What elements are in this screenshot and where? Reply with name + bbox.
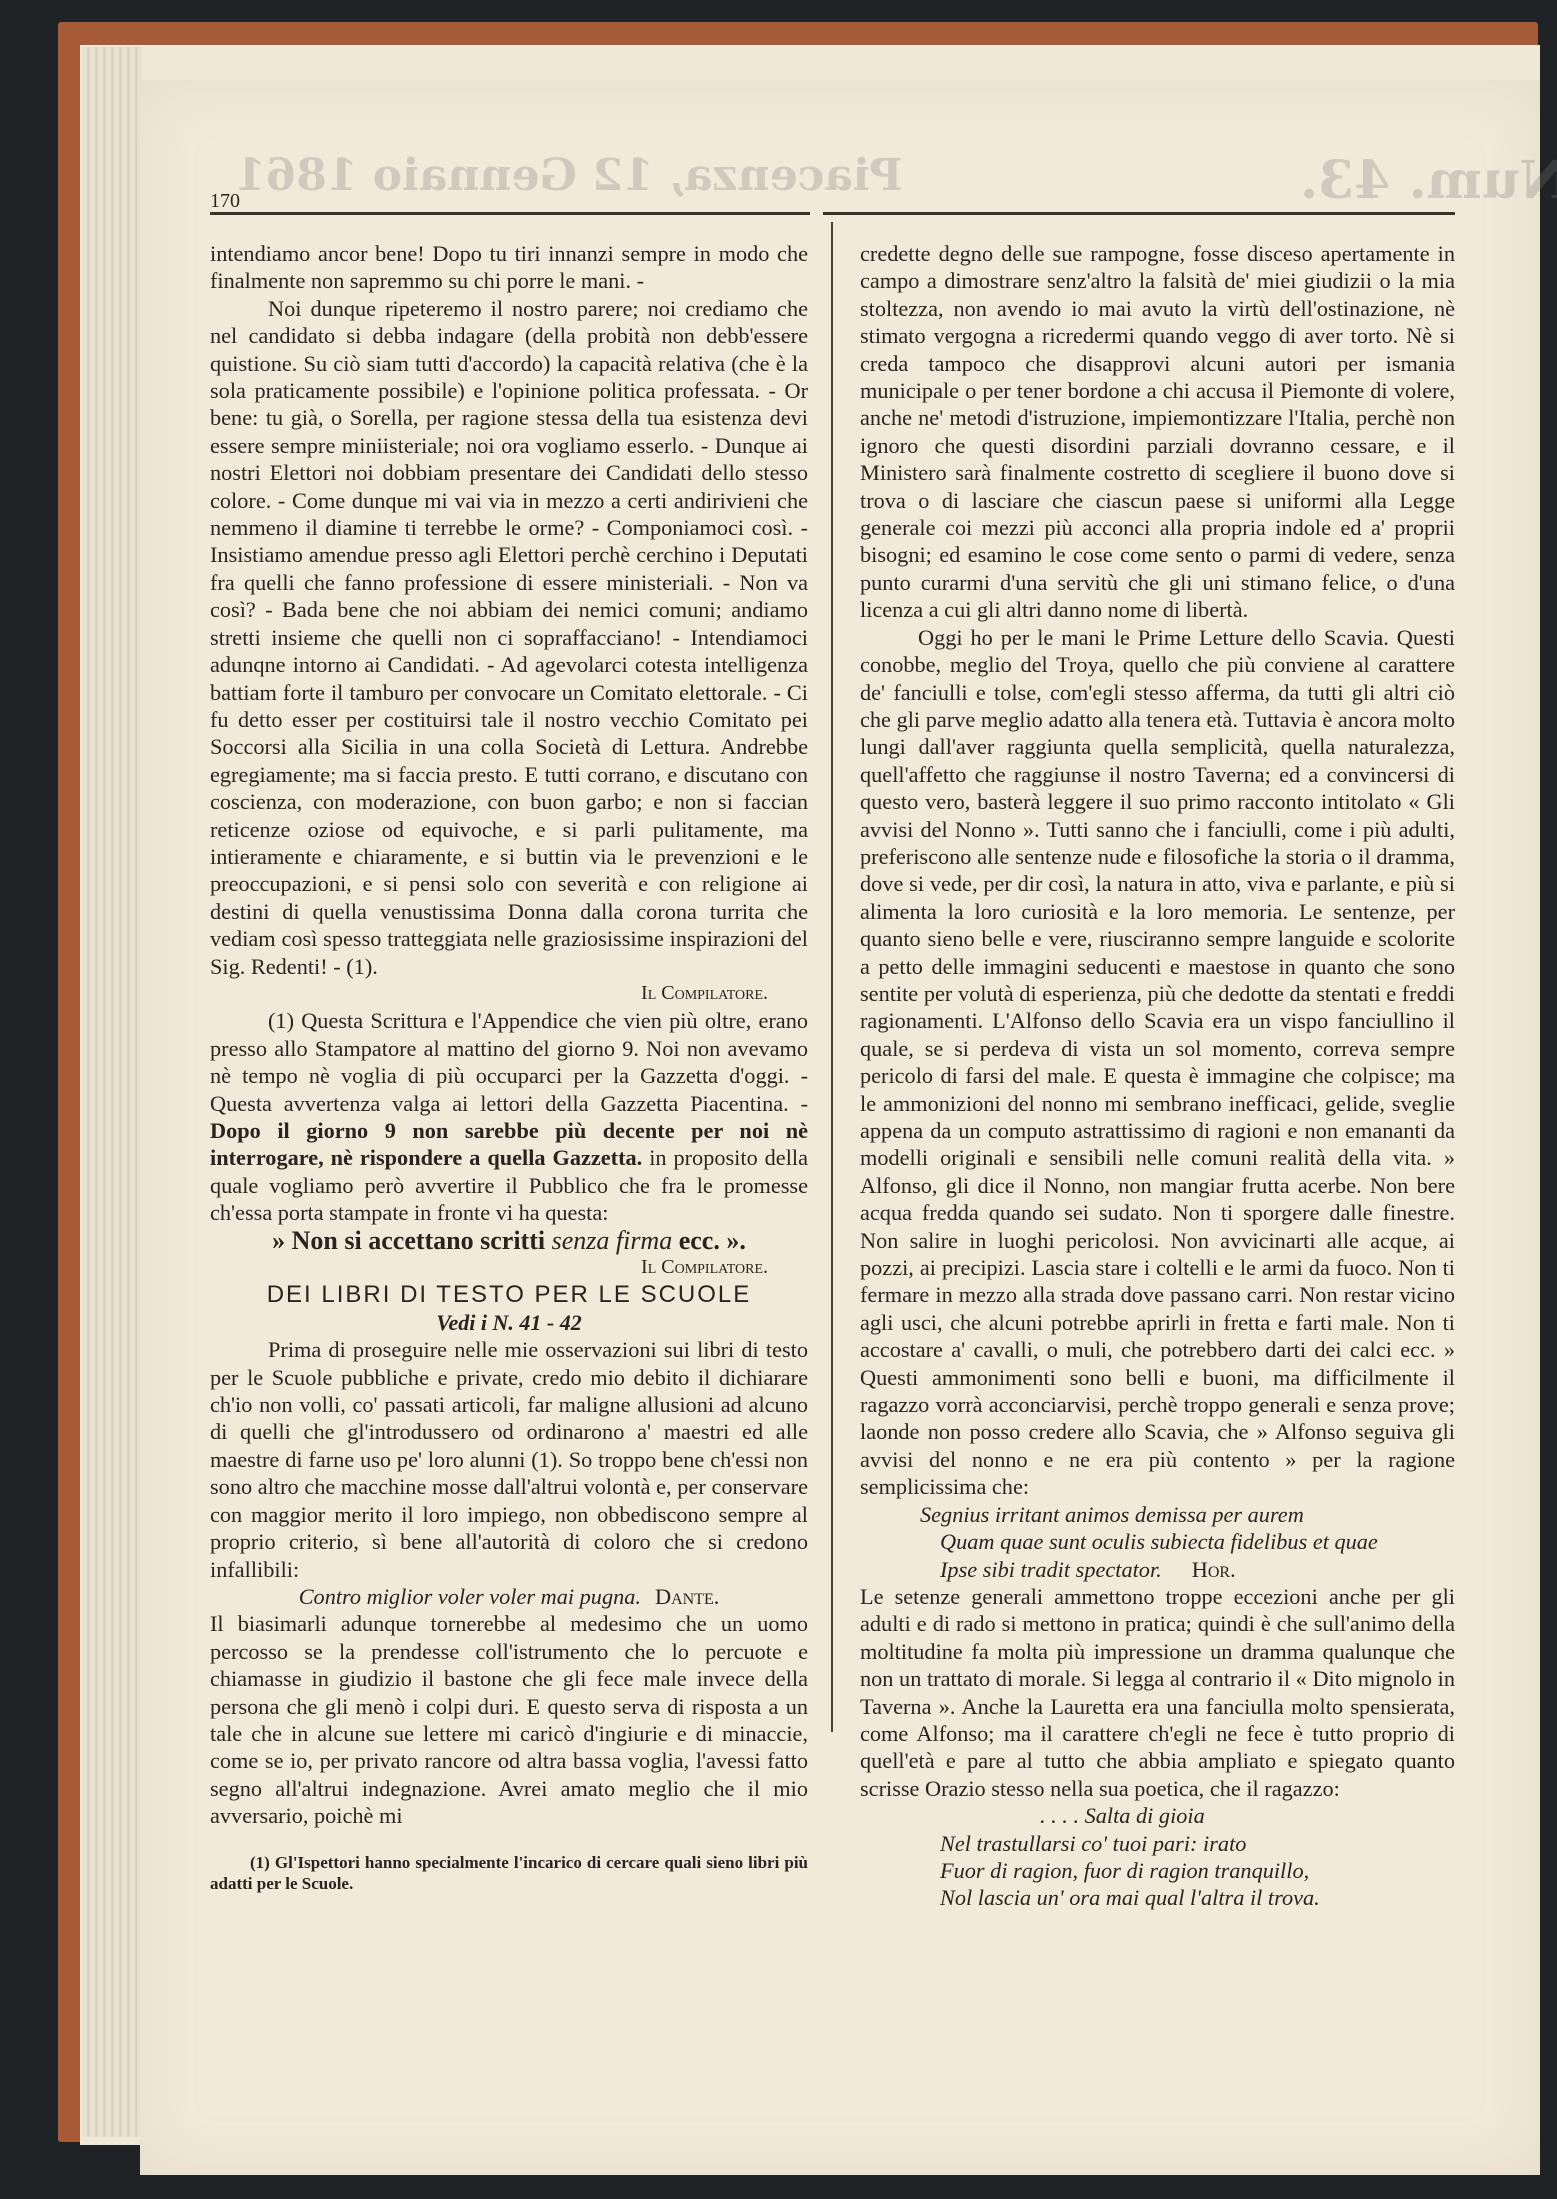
latin-verse-author: Hor. — [1192, 1557, 1236, 1582]
header-rule-left — [210, 212, 810, 215]
page-edges — [82, 47, 142, 2137]
paragraph: intendiamo ancor bene! Dopo tu tiri inna… — [210, 240, 808, 295]
editorial-note: (1) Questa Scrittura e l'Appendice che v… — [210, 1007, 808, 1226]
article-title: DEI LIBRI DI TESTO PER LE SCUOLE — [210, 1281, 808, 1308]
left-column: intendiamo ancor bene! Dopo tu tiri inna… — [210, 240, 808, 1894]
paragraph: Il biasimarli adunque tornerebbe al mede… — [210, 1610, 808, 1829]
italian-verse-line: Fuor di ragion, fuor di ragion tranquill… — [860, 1857, 1455, 1884]
paragraph: Prima di proseguire nelle mie osservazio… — [210, 1336, 808, 1583]
italian-verse-line: Nel trastullarsi co' tuoi pari: irato — [860, 1830, 1455, 1857]
page-number: 170 — [210, 190, 240, 213]
paragraph: Noi dunque ripeteremo il nostro parere; … — [210, 295, 808, 980]
quoted-motto: » Non si accettano scritti senza firma e… — [210, 1227, 808, 1254]
epigraph: Contro miglior voler voler mai pugna.Dan… — [210, 1583, 808, 1610]
signature: Il Compilatore. — [210, 980, 808, 1007]
column-divider — [831, 222, 833, 1732]
epigraph-author: Dante. — [655, 1584, 719, 1609]
signature: Il Compilatore. — [210, 1254, 808, 1281]
italian-verse-line: . . . . Salta di gioia — [860, 1802, 1455, 1829]
latin-verse-line: Quam quae sunt oculis subiecta fidelibus… — [860, 1528, 1455, 1555]
page-header: 170 — [210, 190, 1455, 210]
header-rule-right — [823, 212, 1455, 215]
latin-verse-line: Segnius irritant animos demissa per aure… — [860, 1501, 1455, 1528]
article-subtitle: Vedi i N. 41 - 42 — [210, 1309, 808, 1336]
paragraph: Oggi ho per le mani le Prime Letture del… — [860, 624, 1455, 1501]
paragraph: Le setenze generali ammettono troppe ecc… — [860, 1583, 1455, 1802]
italian-verse-line: Nol lascia un' ora mai qual l'altra il t… — [860, 1884, 1455, 1911]
paragraph: credette degno delle sue rampogne, fosse… — [860, 240, 1455, 624]
right-column: credette degno delle sue rampogne, fosse… — [860, 240, 1455, 1912]
footnote: (1) Gl'Ispettori hanno specialmente l'in… — [210, 1852, 808, 1894]
latin-verse-line: Ipse sibi tradit spectator.Hor. — [860, 1556, 1455, 1583]
